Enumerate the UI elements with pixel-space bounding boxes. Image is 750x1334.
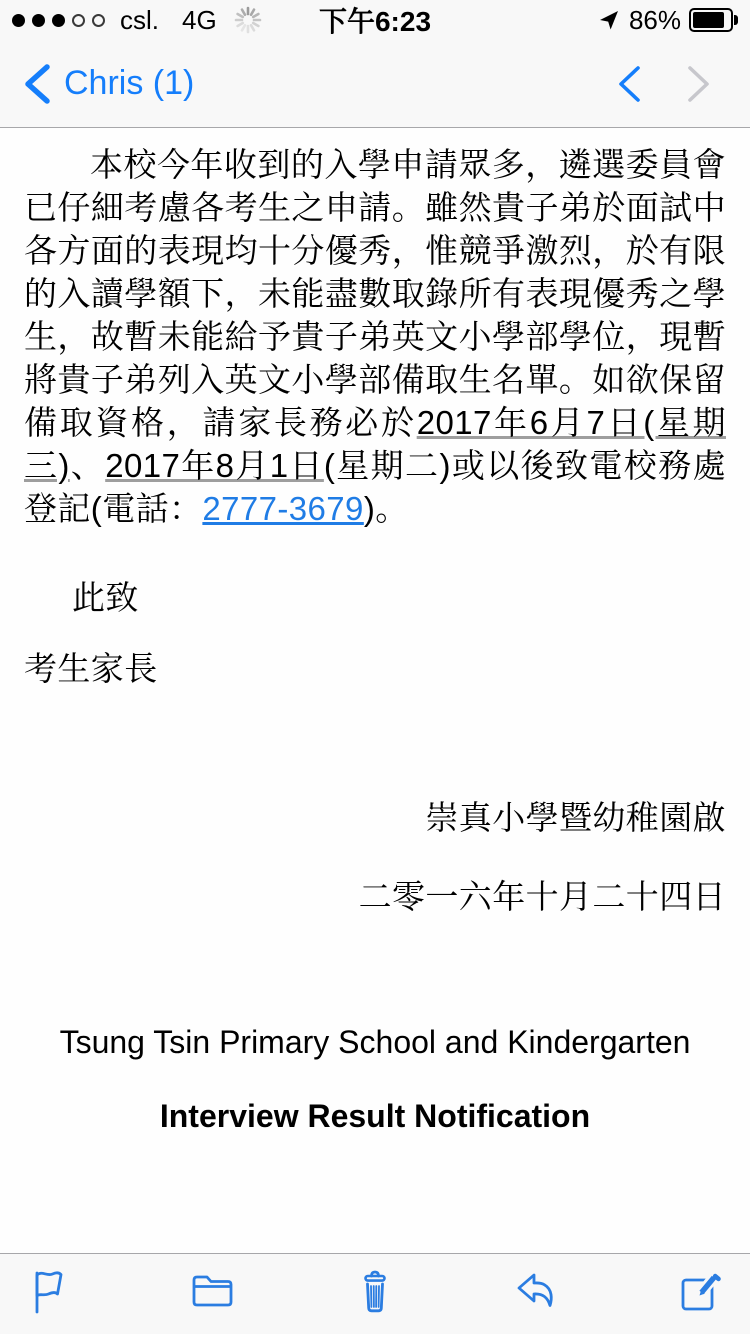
cellular-signal-icon bbox=[12, 14, 105, 27]
mail-nav-bar: Chris (1) bbox=[0, 40, 750, 128]
phone-number-link[interactable]: 2777-3679 bbox=[202, 490, 363, 527]
battery-percent-label: 86% bbox=[629, 5, 681, 36]
signature-line: 崇真小學暨幼稚園啟 bbox=[24, 796, 726, 839]
activity-spinner-icon bbox=[234, 6, 262, 34]
date-link-august[interactable]: 2017年8月1日 bbox=[105, 447, 324, 484]
network-type-label: 4G bbox=[182, 5, 217, 36]
location-arrow-icon bbox=[597, 8, 621, 32]
school-name-english: Tsung Tsin Primary School and Kindergart… bbox=[24, 1022, 726, 1062]
flag-icon bbox=[27, 1267, 73, 1315]
iphone-mail-screen: csl. 4G bbox=[0, 0, 750, 1334]
delete-button[interactable] bbox=[349, 1265, 401, 1317]
back-chevron-icon bbox=[22, 62, 52, 106]
status-left-group: csl. 4G bbox=[12, 5, 262, 36]
email-main-paragraph: 本校今年收到的入學申請眾多，遴選委員會已仔細考慮各考生之申請。雖然貴子弟於面試中… bbox=[24, 143, 726, 530]
paragraph-text: 本校今年收到的入學申請眾多，遴選委員會已仔細考慮各考生之申請。雖然貴子弟於面試中… bbox=[24, 146, 726, 441]
closing-salutation: 此致 bbox=[24, 576, 726, 619]
reply-icon bbox=[513, 1270, 563, 1312]
back-button-label: Chris (1) bbox=[64, 64, 194, 103]
previous-message-chevron-icon[interactable] bbox=[616, 64, 642, 104]
flag-button[interactable] bbox=[24, 1265, 76, 1317]
signature-date-line: 二零一六年十月二十四日 bbox=[24, 875, 726, 918]
compose-button[interactable] bbox=[674, 1265, 726, 1317]
compose-icon bbox=[676, 1267, 724, 1315]
folder-icon bbox=[189, 1270, 237, 1312]
carrier-label: csl. bbox=[120, 5, 159, 36]
battery-icon bbox=[689, 8, 738, 32]
move-to-folder-button[interactable] bbox=[187, 1265, 239, 1317]
reply-button[interactable] bbox=[512, 1265, 564, 1317]
recipient-line: 考生家長 bbox=[24, 647, 726, 690]
email-body: 本校今年收到的入學申請眾多，遴選委員會已仔細考慮各考生之申請。雖然貴子弟於面試中… bbox=[0, 129, 750, 1253]
status-bar: csl. 4G bbox=[0, 0, 750, 40]
status-right-group: 86% bbox=[597, 5, 738, 36]
trash-icon bbox=[353, 1267, 397, 1315]
next-message-chevron-icon[interactable] bbox=[686, 64, 712, 104]
email-subject-english: Interview Result Notification bbox=[24, 1096, 726, 1136]
mail-toolbar bbox=[0, 1253, 750, 1334]
back-to-mailbox-button[interactable]: Chris (1) bbox=[22, 62, 194, 106]
